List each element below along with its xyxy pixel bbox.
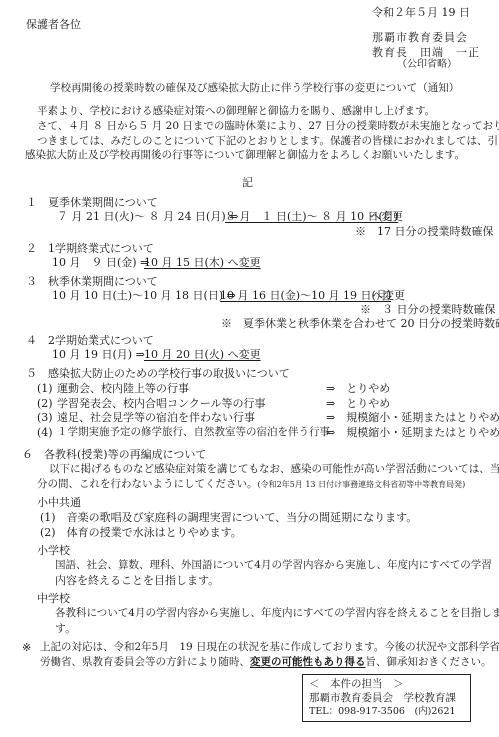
- junior-line-2: す。: [55, 623, 76, 634]
- footnote-line-1: 上記の対応は、令和2年5月 19 日現在の状況を基に作成しております。今後の状況…: [40, 642, 499, 653]
- section-5-heading: ５ 感染拡大防止のための学校行事の取扱いについて: [26, 368, 290, 379]
- junior-line-1: 各教科について4月の学習内容から実施し、年度内にすべての学習内容を終えることを目…: [55, 608, 499, 619]
- section-3-to: 10 月 16 日(金)～10 月 19 日(月): [220, 290, 391, 301]
- sender-name: 教育長 田端 一正: [372, 47, 480, 58]
- elementary-line-1: 国語、社会、算数、理科、外国語について4月の学習内容から実施し、年度内にすべての…: [55, 560, 492, 571]
- intro-line-2: さて、４月 ８ 日から５ 月 20 日までの臨時休業により、27 日分の授業時数…: [37, 121, 499, 132]
- section-6-source: (令和2年5月 13 日付け事務連絡文科省初等中等教育局発): [258, 480, 466, 489]
- section-6-heading: ６ 各教科(授業)等の再編成について: [22, 449, 206, 460]
- section-2-heading: ２ 1学期終業式について: [26, 243, 154, 254]
- common-item-1: (1) 音楽の歌唱及び家庭科の調理実習について、当分の間延期になります。: [40, 512, 417, 523]
- ki-heading: 記: [242, 177, 253, 188]
- sender-org: 那覇市教育委員会: [372, 32, 468, 43]
- section-4-to: 10 月 20 日(火) へ変更: [144, 349, 261, 360]
- intro-line-1: 平素より、学校における感染症対策への御理解と御協力を賜り、感謝申し上げます。: [37, 106, 435, 117]
- section-3-from: 10 月 10 日(土)～10 月 18 日(日) ⇒: [52, 290, 236, 301]
- section-4-heading: ４ 2学期始業式について: [26, 335, 154, 346]
- section-3-note-1: ※ ３ 日分の授業時数確保: [360, 304, 496, 315]
- contact-tel: TEL：098-917-3506 (内)2621: [309, 707, 456, 717]
- elementary-line-2: 内容を終えることを目指します。: [55, 575, 219, 586]
- event-label: １学期実施予定の修学旅行、自然教室等の宿泊を伴う行事: [57, 427, 330, 438]
- contact-title: ＜ 本件の担当 ＞: [309, 679, 404, 690]
- event-label: 学習発表会、校内合唱コンクール等の行事: [57, 398, 266, 409]
- intro-line-3: つきましては、みだしのことについて下記のとおりとします。保護者の皆様におかれまし…: [37, 136, 499, 147]
- seal-note: （公印省略）: [397, 60, 457, 70]
- section-1-from: ７ 月 21 日(火)～ ８ 月 24 日(月) ⇒: [57, 211, 238, 222]
- section-2-from: 10 月 ９ 日(金) ⇒: [52, 257, 149, 268]
- footnote-emphasis: 変更の可能性もあり得る: [250, 656, 366, 668]
- common-item-2: (2) 体育の授業で水泳はとりやめます。: [40, 527, 242, 538]
- document-date: 令和２年５月 19 日: [372, 7, 470, 18]
- footnote-mark: ※: [22, 642, 31, 653]
- event-result: ⇒ 規模縮小・延期またはとりやめ: [326, 412, 499, 423]
- section-3-note-2: ※ 夏季休業と秋季休業を合わせて 20 日分の授業時数確保: [221, 318, 499, 329]
- section-1-note: ※ 17 日分の授業時数確保: [355, 226, 494, 237]
- section-6-body-2: 分の間、これを行わないようにしてください。(令和2年5月 13 日付け事務連絡文…: [37, 479, 465, 490]
- event-num: (3): [37, 412, 53, 423]
- section-3-suffix: へ変更: [372, 290, 405, 301]
- section-2-to: 10 月 15 日(木) へ変更: [144, 257, 261, 268]
- section-4-from: 10 月 19 日(月) ⇒: [52, 349, 145, 360]
- common-heading: 小中共通: [37, 497, 81, 508]
- event-num: (2): [37, 398, 53, 409]
- event-num: (4): [37, 427, 53, 438]
- contact-box: ＜ 本件の担当 ＞ 那覇市教育委員会 学校教育課 TEL：098-917-350…: [302, 674, 471, 722]
- footnote-text: 労働省、県教育委員会等の方針により随時、: [40, 656, 250, 668]
- section-6-body-2-text: 分の間、これを行わないようにしてください。: [37, 478, 258, 490]
- contact-dept: 那覇市教育委員会 学校教育課: [309, 693, 456, 704]
- section-1-suffix: へ変更: [370, 211, 403, 222]
- elementary-heading: 小学校: [37, 545, 70, 556]
- event-result: ⇒ とりやめ: [326, 398, 390, 409]
- intro-line-4: 感染拡大防止及び学校再開後の行事等について御理解と御協力をよろしくお願いいたしま…: [25, 150, 465, 161]
- event-num: (1): [37, 383, 53, 394]
- document-title: 学校再開後の授業時数の確保及び感染拡大防止に伴う学校行事の変更について（通知）: [50, 83, 459, 94]
- section-3-heading: ３ 秋季休業期間について: [26, 276, 158, 287]
- junior-heading: 中学校: [37, 593, 70, 604]
- footnote-line-2: 労働省、県教育委員会等の方針により随時、変更の可能性もあり得る旨、御承知おきくだ…: [40, 657, 492, 668]
- recipient: 保護者各位: [26, 19, 81, 30]
- event-label: 運動会、校内陸上等の行事: [57, 383, 189, 394]
- section-6-body-1: 以下に掲げるものなど感染症対策を講じてもなお、感染の可能性が高い学習活動について…: [49, 464, 499, 475]
- event-result: ⇒ 規模縮小・延期またはとりやめ: [326, 427, 499, 438]
- section-1-heading: １ 夏季休業期間について: [26, 197, 158, 208]
- footnote-text-end: 旨、御承知おきください。: [366, 656, 492, 668]
- event-label: 遠足、社会見学等の宿泊を伴わない行事: [57, 412, 255, 423]
- event-result: ⇒ とりやめ: [326, 383, 390, 394]
